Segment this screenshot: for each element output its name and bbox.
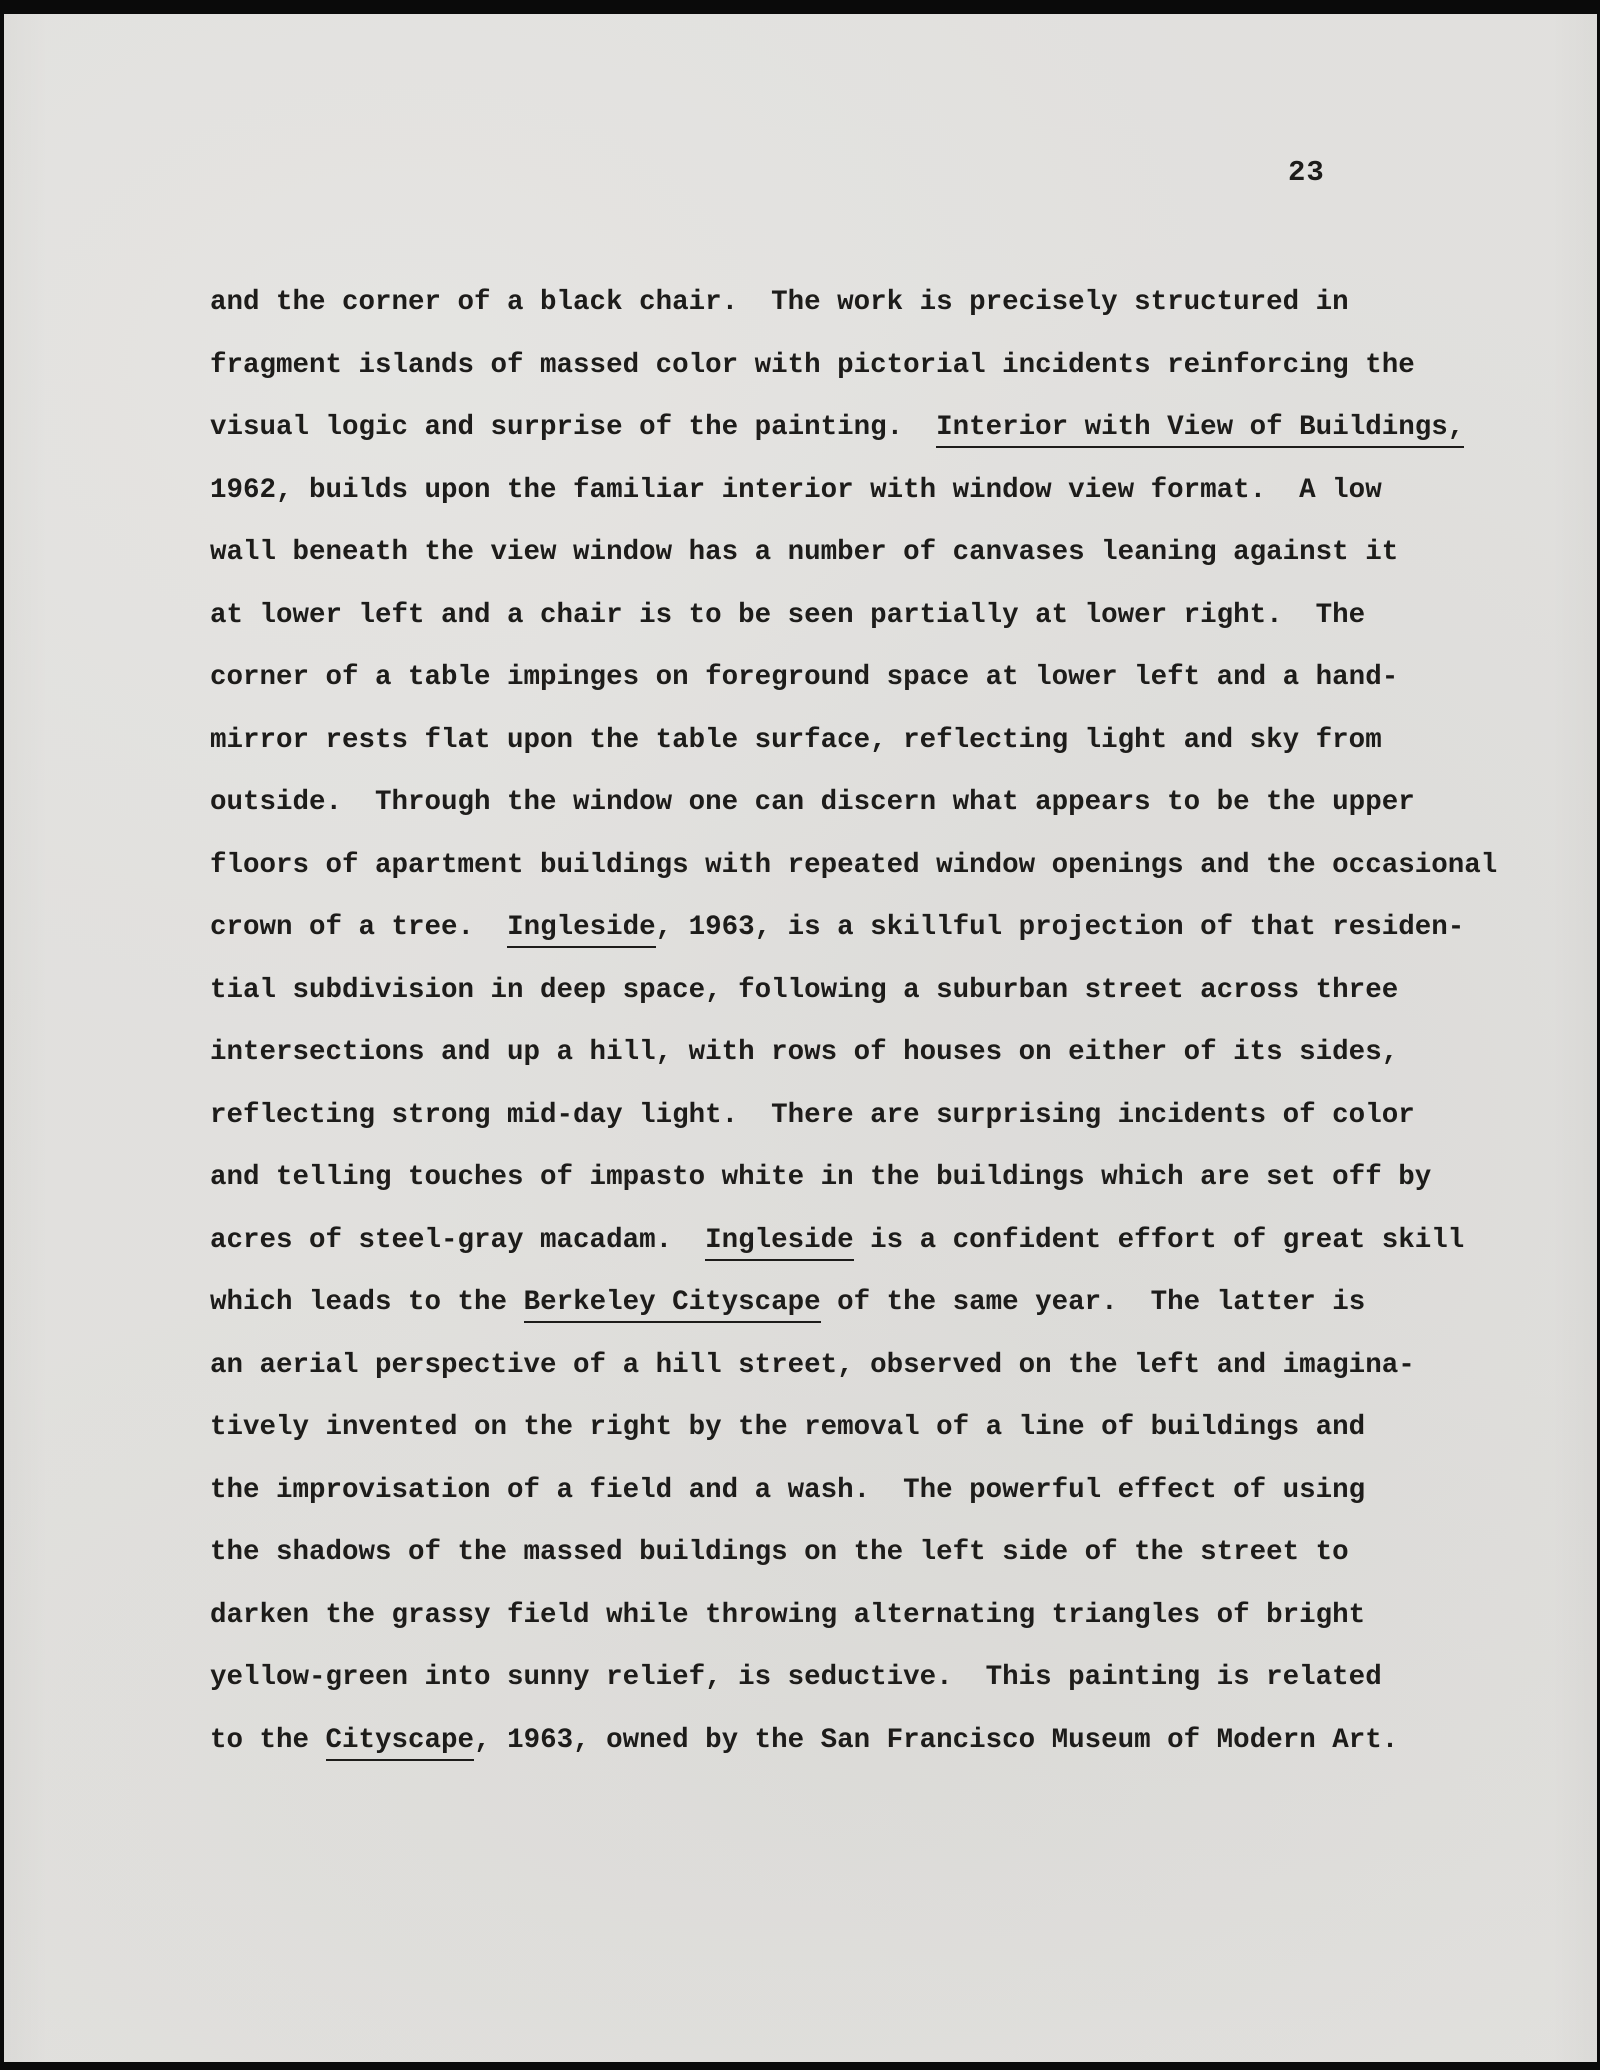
text-segment: , 1963, owned by the San Francisco Museu… bbox=[474, 1725, 1398, 1756]
text-line: crown of a tree. Ingleside, 1963, is a s… bbox=[210, 897, 1470, 960]
scan-border-top bbox=[0, 0, 1600, 14]
text-line: mirror rests flat upon the table surface… bbox=[210, 710, 1470, 773]
text-line: outside. Through the window one can disc… bbox=[210, 772, 1470, 835]
underlined-title: Cityscape bbox=[326, 1725, 475, 1761]
scan-border-bottom bbox=[0, 2062, 1600, 2070]
text-segment: outside. Through the window one can disc… bbox=[210, 787, 1415, 818]
text-segment: 1962, builds upon the familiar interior … bbox=[210, 475, 1382, 506]
text-line: and telling touches of impasto white in … bbox=[210, 1147, 1470, 1210]
text-line: reflecting strong mid-day light. There a… bbox=[210, 1085, 1470, 1148]
text-line: tial subdivision in deep space, followin… bbox=[210, 960, 1470, 1023]
text-line: darken the grassy field while throwing a… bbox=[210, 1585, 1470, 1648]
text-line: corner of a table impinges on foreground… bbox=[210, 647, 1470, 710]
text-line: acres of steel-gray macadam. Ingleside i… bbox=[210, 1210, 1470, 1273]
text-segment: tively invented on the right by the remo… bbox=[210, 1412, 1365, 1443]
text-segment: the shadows of the massed buildings on t… bbox=[210, 1537, 1349, 1568]
text-line: tively invented on the right by the remo… bbox=[210, 1397, 1470, 1460]
text-segment: to the bbox=[210, 1725, 326, 1756]
page-number: 23 bbox=[1288, 156, 1325, 189]
underlined-title: Ingleside bbox=[705, 1225, 854, 1261]
text-segment: is a confident effort of great skill bbox=[854, 1225, 1465, 1256]
text-segment: wall beneath the view window has a numbe… bbox=[210, 537, 1398, 568]
text-segment: acres of steel-gray macadam. bbox=[210, 1225, 705, 1256]
text-line: and the corner of a black chair. The wor… bbox=[210, 272, 1470, 335]
text-segment: the improvisation of a field and a wash.… bbox=[210, 1475, 1365, 1506]
text-segment: tial subdivision in deep space, followin… bbox=[210, 975, 1398, 1006]
scan-border-left bbox=[0, 0, 4, 2070]
text-line: to the Cityscape, 1963, owned by the San… bbox=[210, 1710, 1470, 1773]
text-segment: visual logic and surprise of the paintin… bbox=[210, 412, 936, 443]
text-segment: of the same year. The latter is bbox=[821, 1287, 1366, 1318]
text-segment: corner of a table impinges on foreground… bbox=[210, 662, 1398, 693]
text-line: the improvisation of a field and a wash.… bbox=[210, 1460, 1470, 1523]
text-line: yellow-green into sunny relief, is seduc… bbox=[210, 1647, 1470, 1710]
text-line: the shadows of the massed buildings on t… bbox=[210, 1522, 1470, 1585]
text-line: 1962, builds upon the familiar interior … bbox=[210, 460, 1470, 523]
text-line: at lower left and a chair is to be seen … bbox=[210, 585, 1470, 648]
text-line: fragment islands of massed color with pi… bbox=[210, 335, 1470, 398]
text-segment: fragment islands of massed color with pi… bbox=[210, 350, 1415, 381]
text-segment: yellow-green into sunny relief, is seduc… bbox=[210, 1662, 1382, 1693]
text-segment: and telling touches of impasto white in … bbox=[210, 1162, 1431, 1193]
text-line: floors of apartment buildings with repea… bbox=[210, 835, 1470, 898]
text-line: visual logic and surprise of the paintin… bbox=[210, 397, 1470, 460]
text-segment: which leads to the bbox=[210, 1287, 524, 1318]
text-segment: , 1963, is a skillful projection of that… bbox=[656, 912, 1465, 943]
underlined-title: Ingleside bbox=[507, 912, 656, 948]
text-line: wall beneath the view window has a numbe… bbox=[210, 522, 1470, 585]
text-line: which leads to the Berkeley Cityscape of… bbox=[210, 1272, 1470, 1335]
text-segment: an aerial perspective of a hill street, … bbox=[210, 1350, 1415, 1381]
text-segment: crown of a tree. bbox=[210, 912, 507, 943]
scanned-typewritten-page: 23 and the corner of a black chair. The … bbox=[0, 0, 1600, 2070]
text-segment: floors of apartment buildings with repea… bbox=[210, 850, 1497, 881]
text-segment: at lower left and a chair is to be seen … bbox=[210, 600, 1365, 631]
body-text: and the corner of a black chair. The wor… bbox=[210, 272, 1470, 1772]
underlined-title: Berkeley Cityscape bbox=[524, 1287, 821, 1323]
text-line: intersections and up a hill, with rows o… bbox=[210, 1022, 1470, 1085]
text-segment: intersections and up a hill, with rows o… bbox=[210, 1037, 1398, 1068]
text-segment: reflecting strong mid-day light. There a… bbox=[210, 1100, 1415, 1131]
text-segment: mirror rests flat upon the table surface… bbox=[210, 725, 1382, 756]
text-segment: and the corner of a black chair. The wor… bbox=[210, 287, 1349, 318]
text-segment: darken the grassy field while throwing a… bbox=[210, 1600, 1365, 1631]
underlined-title: Interior with View of Buildings, bbox=[936, 412, 1464, 448]
text-line: an aerial perspective of a hill street, … bbox=[210, 1335, 1470, 1398]
